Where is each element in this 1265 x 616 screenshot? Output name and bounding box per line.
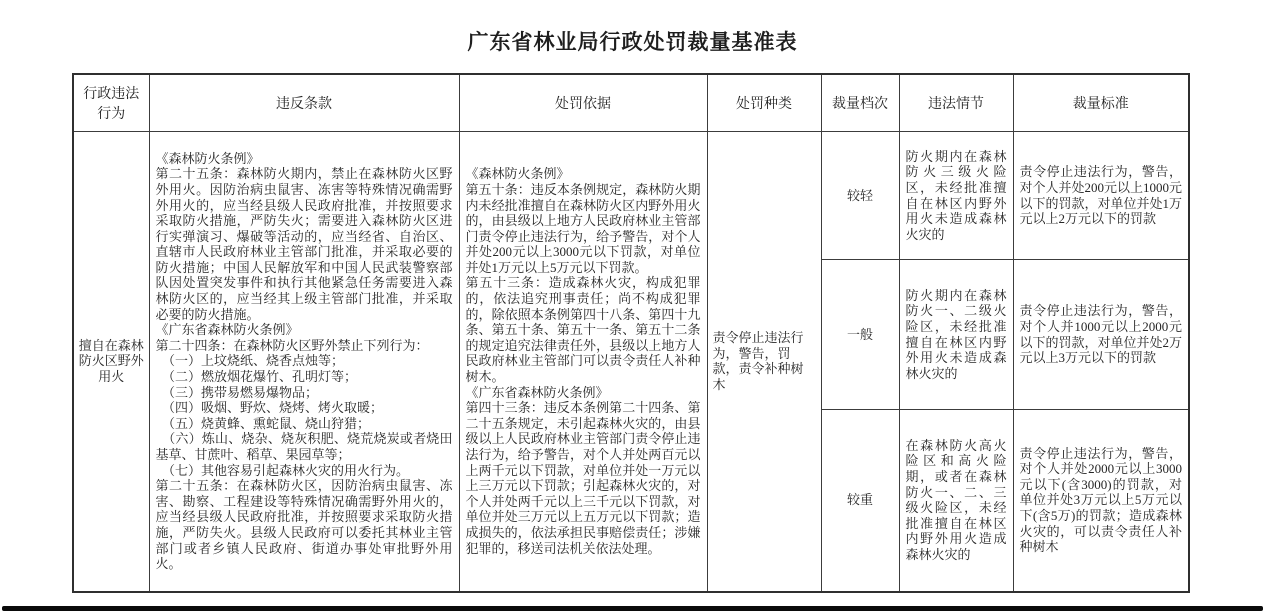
header-illegal-circumstances: 违法情节 bbox=[899, 74, 1013, 132]
header-violated-clauses: 违反条款 bbox=[149, 74, 459, 132]
cell-discretion-level-general: 一般 bbox=[821, 260, 899, 410]
cell-violated-clauses: 《森林防火条例》 第二十五条：森林防火期内，禁止在森林防火区野外用火。因防治病虫… bbox=[149, 132, 459, 592]
header-penalty-basis: 处罚依据 bbox=[459, 74, 707, 132]
header-discretion-level: 裁量档次 bbox=[821, 74, 899, 132]
table-row: 擅自在森林防火区野外用火 《森林防火条例》 第二十五条：森林防火期内，禁止在森林… bbox=[73, 132, 1189, 260]
cell-standard-general: 责令停止违法行为，警告，对个人并1000元以上2000元以下的罚款，对单位并处2… bbox=[1013, 260, 1189, 410]
cell-discretion-level-light: 较轻 bbox=[821, 132, 899, 260]
cell-circumstances-general: 防火期内在森林防火一、二级火险区，未经批准擅自在林区内野外用火未造成森林火灾的 bbox=[899, 260, 1013, 410]
penalty-standards-table: 行政违法行为 违反条款 处罚依据 处罚种类 裁量档次 违法情节 裁量标准 擅自在… bbox=[72, 73, 1190, 593]
cell-circumstances-heavy: 在森林防火高火险区和高火险期，或者在森林防火一、二、三级火险区，未经批准擅自在林… bbox=[899, 410, 1013, 592]
bottom-black-bar bbox=[2, 606, 1263, 611]
header-penalty-types: 处罚种类 bbox=[707, 74, 821, 132]
cell-standard-light: 责令停止违法行为，警告，对个人并处200元以上1000元以下的罚款，对单位并处1… bbox=[1013, 132, 1189, 260]
cell-penalty-types: 责令停止违法行为，警告，罚款，责令补种树木 bbox=[707, 132, 821, 592]
cell-circumstances-light: 防火期内在森林防火三级火险区，未经批准擅自在林区内野外用火未造成森林火灾的 bbox=[899, 132, 1013, 260]
page-title: 广东省林业局行政处罚裁量基准表 bbox=[0, 0, 1265, 56]
header-discretion-standard: 裁量标准 bbox=[1013, 74, 1189, 132]
cell-violation-act: 擅自在森林防火区野外用火 bbox=[73, 132, 149, 592]
header-violation-act: 行政违法行为 bbox=[73, 74, 149, 132]
header-row: 行政违法行为 违反条款 处罚依据 处罚种类 裁量档次 违法情节 裁量标准 bbox=[73, 74, 1189, 132]
cell-discretion-level-heavy: 较重 bbox=[821, 410, 899, 592]
cell-penalty-basis: 《森林防火条例》 第五十条：违反本条例规定，森林防火期内未经批准擅自在森林防火区… bbox=[459, 132, 707, 592]
document-page: 广东省林业局行政处罚裁量基准表 行政违法行为 违反条款 处罚依据 处罚种类 裁量… bbox=[0, 0, 1265, 616]
cell-standard-heavy: 责令停止违法行为，警告，对个人并处2000元以上3000元以下(含3000)的罚… bbox=[1013, 410, 1189, 592]
